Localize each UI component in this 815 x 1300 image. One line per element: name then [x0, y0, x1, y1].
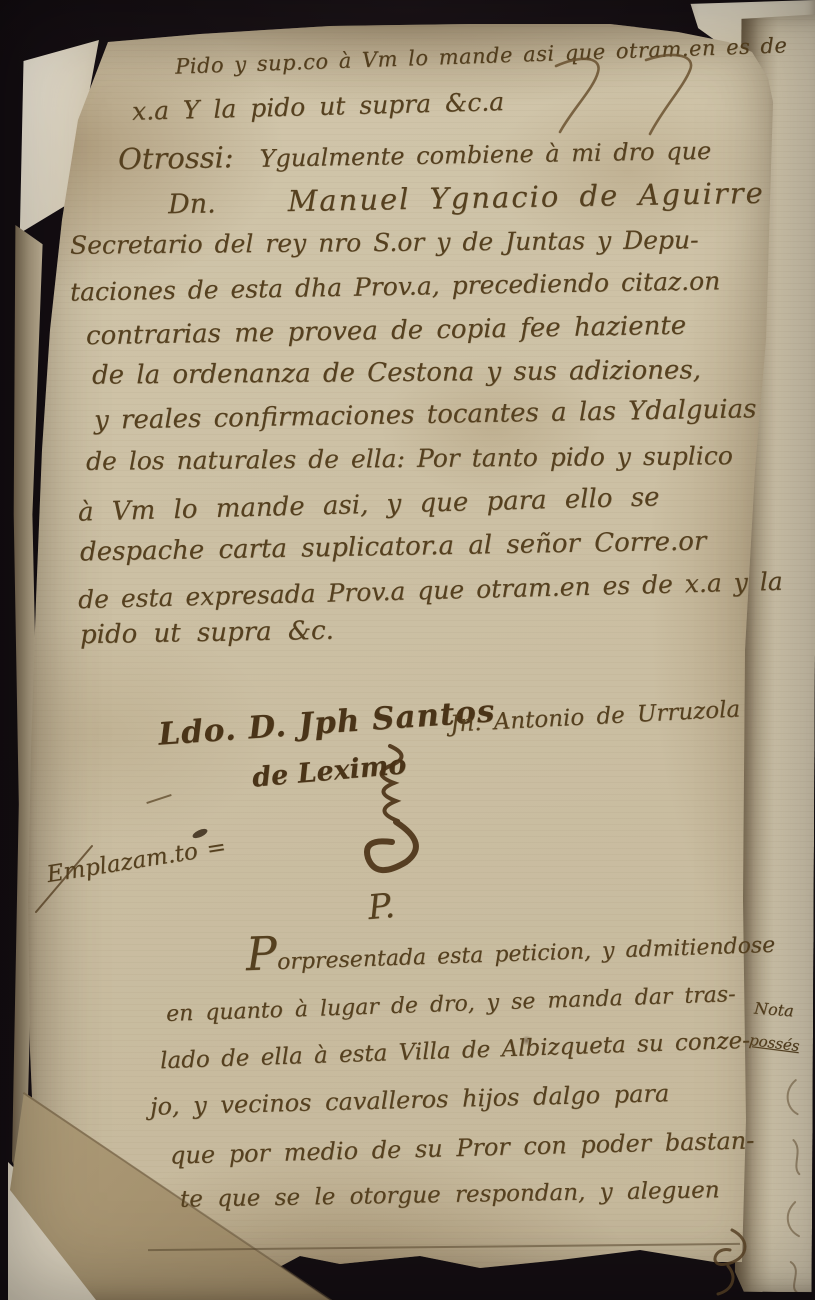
otrosi-line-1: Secretario del rey nro S.or y de Juntas …	[70, 227, 699, 257]
otrosi-line-4: de la ordenanza de Cestona y sus adizion…	[92, 357, 701, 388]
otrosi-heading: Otrossi:	[118, 140, 234, 176]
margin-note-nota: Nota	[754, 1001, 795, 1020]
cutoff-letter-strokes	[777, 1074, 808, 1292]
otrosi-line-6: de los naturales de ella: Por tanto pido…	[86, 443, 733, 474]
pen-flourishes	[550, 48, 710, 143]
margin-note-posses: possés	[748, 1033, 800, 1054]
decree-mark: P.	[367, 889, 397, 925]
rubric-flourish	[318, 742, 433, 882]
otrosi-line-10: pido ut supra &c.	[80, 618, 334, 648]
manuscript-photo: Nota possés Pido y sup.co à Vm lo mande …	[0, 0, 815, 1300]
name-prefix: Dn.	[168, 188, 216, 220]
closing-squiggle	[698, 1226, 762, 1298]
